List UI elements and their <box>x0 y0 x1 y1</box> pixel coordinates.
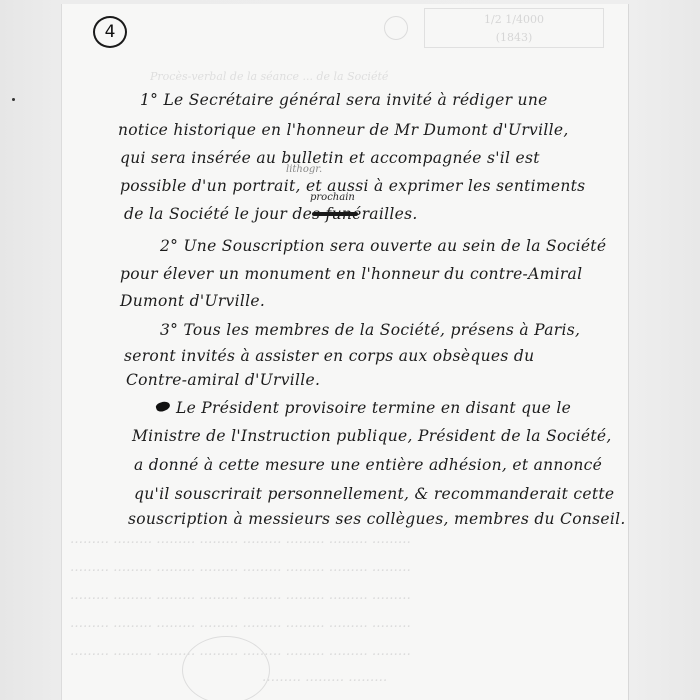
manuscript-line-3: qui sera insérée au bulletin et accompag… <box>120 148 540 168</box>
manuscript-line-14: a donné à cette mesure une entière adhés… <box>134 455 602 475</box>
bleed-through-line-3: ……… ……… ……… ……… ……… ……… ……… ……… <box>70 588 490 603</box>
manuscript-line-5: de la Société le jour des funérailles. <box>124 204 418 224</box>
bleed-through-line-6: ……… ……… ……… <box>262 670 482 685</box>
manuscript-line-9: 3° Tous les membres de la Société, prése… <box>160 320 580 340</box>
manuscript-line-12: Le Président provisoire termine en disan… <box>176 398 571 418</box>
bleed-through-line-2: ……… ……… ……… ……… ……… ……… ……… ……… <box>70 560 490 575</box>
bleed-through-line-1: ……… ……… ……… ……… ……… ……… ……… ……… <box>70 532 490 547</box>
interlinear-insertion-prochain: prochain <box>310 192 355 203</box>
scanned-document: 4 1/2 1/4000 (1843) Procès-verbal de la … <box>0 0 700 700</box>
bleed-through-seal <box>182 636 270 700</box>
manuscript-line-6: 2° Une Souscription sera ouverte au sein… <box>160 236 606 256</box>
manuscript-line-16: souscription à messieurs ses collègues, … <box>128 509 626 529</box>
manuscript-page: 4 1/2 1/4000 (1843) Procès-verbal de la … <box>62 4 628 700</box>
struck-through-word <box>312 212 358 216</box>
bleed-through-line-4: ……… ……… ……… ……… ……… ……… ……… ……… <box>70 616 490 631</box>
manuscript-line-10: seront invités à assister en corps aux o… <box>124 346 534 366</box>
manuscript-line-13: Ministre de l'Instruction publique, Prés… <box>132 426 612 446</box>
manuscript-line-2: notice historique en l'honneur de Mr Dum… <box>118 120 569 140</box>
manuscript-line-11: Contre-amiral d'Urville. <box>126 370 320 390</box>
manuscript-line-8: Dumont d'Urville. <box>120 291 265 311</box>
stamp-line-2: (1843) <box>425 29 603 47</box>
bleed-through-line-5: ……… ……… ……… ……… ……… ……… ……… ……… <box>70 644 490 659</box>
manuscript-line-7: pour élever un monument en l'honneur du … <box>120 264 582 284</box>
folio-number-circle: 4 <box>93 16 127 48</box>
manuscript-line-1: 1° Le Secrétaire général sera invité à r… <box>140 90 548 110</box>
interlinear-insertion-lithogr: lithogr. <box>286 164 322 175</box>
stamp-line-1: 1/2 1/4000 <box>425 11 603 29</box>
manuscript-line-15: qu'il souscrirait personnellement, & rec… <box>134 484 614 504</box>
archive-stamp-circle <box>384 16 408 40</box>
bleed-through-header: Procès-verbal de la séance ... de la Soc… <box>150 70 480 80</box>
ink-blot <box>155 400 171 413</box>
archive-stamp-box: 1/2 1/4000 (1843) <box>424 8 604 48</box>
scan-speck <box>12 98 15 101</box>
